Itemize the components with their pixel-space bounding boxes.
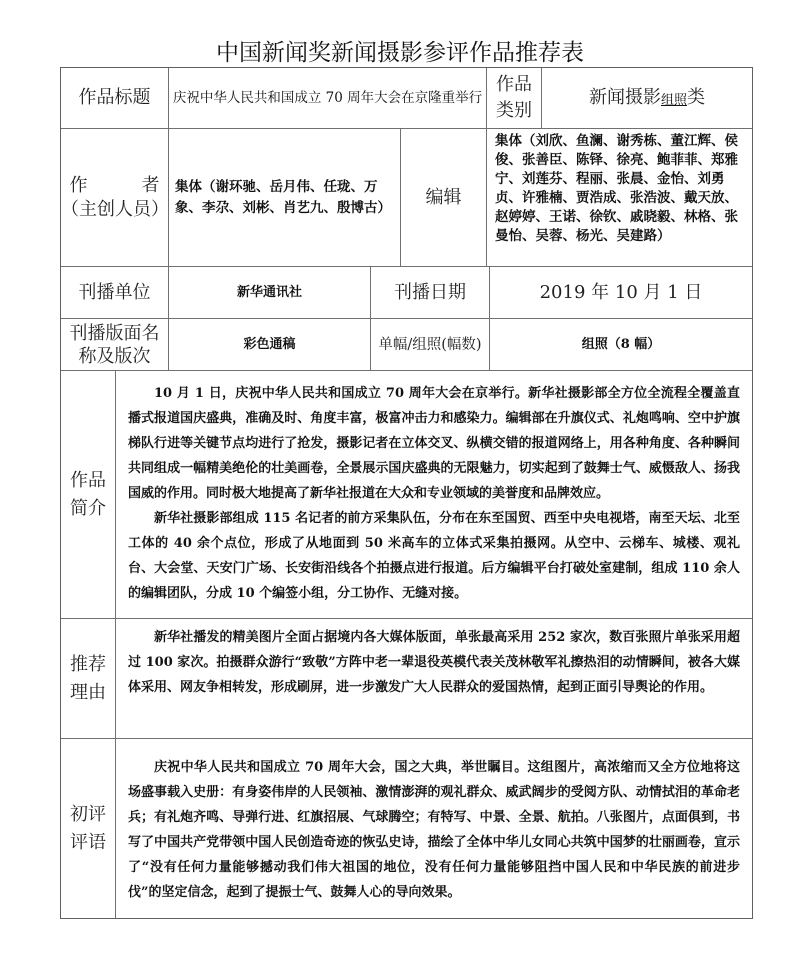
authors-value: 集体（谢环驰、岳月伟、任珑、万象、李尕、刘彬、肖艺九、殷博古） [175,177,392,219]
page-value-cell: 彩色通稿 [168,318,371,371]
intro-text-cell: 10 月 1 日，庆祝中华人民共和国成立 70 周年大会在京举行。新华社摄影部全… [115,370,753,619]
document-title: 中国新闻奖新闻摄影参评作品推荐表 [0,34,800,67]
date-value: 2019 年 10 月 1 日 [540,281,703,305]
review-label-cell: 初评评语 [60,738,116,919]
category-value: 组照 [661,89,687,108]
category-suffix: 类 [687,86,705,110]
editors-value-cell: 集体（刘欣、鱼澜、谢秀栋、董江辉、侯俊、张善臣、陈铎、徐亮、鲍菲菲、郑雅宁、刘莲… [486,128,753,267]
title-value-cell: 庆祝中华人民共和国成立 70 周年大会在京隆重举行 [168,67,487,129]
author-label-line1: 作 者 [70,174,160,198]
editor-label-cell: 编辑 [400,128,487,267]
title-label-cell: 作品标题 [60,67,169,129]
review-text-cell: 庆祝中华人民共和国成立 70 周年大会，国之大典，举世瞩目。这组图片，高浓缩而又… [115,738,753,919]
editor-label: 编辑 [426,186,462,210]
count-label-cell: 单幅/组照(幅数) [370,318,490,371]
intro-paragraph-2: 新华社摄影部组成 115 名记者的前方采集队伍，分布在东至国贸、西至中央电视塔，… [128,506,740,606]
editors-value: 集体（刘欣、鱼澜、谢秀栋、董江辉、侯俊、张善臣、陈铎、徐亮、鲍菲菲、郑雅宁、刘莲… [495,132,744,246]
author-label-line2: （主创人员） [61,198,168,222]
intro-label: 作品简介 [68,467,108,523]
category-label-cell: 作品类别 [486,67,542,129]
review-paragraph-1: 庆祝中华人民共和国成立 70 周年大会，国之大典，举世瞩目。这组图片，高浓缩而又… [128,755,740,905]
page-label-cell: 刊播版面名称及版次 [60,318,169,371]
page-value: 彩色通稿 [243,335,295,355]
publisher-label: 刊播单位 [79,281,151,305]
reason-label: 推荐理由 [68,651,108,707]
review-label: 初评评语 [68,801,108,857]
date-label: 刊播日期 [394,281,466,305]
category-value-cell: 新闻摄影 组照 类 [541,67,753,129]
date-value-cell: 2019 年 10 月 1 日 [489,266,753,319]
reason-text-cell: 新华社播发的精美图片全面占据境内各大媒体版面，单张最高采用 252 家次，数百张… [115,618,753,739]
reason-paragraph-1: 新华社播发的精美图片全面占据境内各大媒体版面，单张最高采用 252 家次，数百张… [128,625,740,700]
page-label: 刊播版面名称及版次 [67,322,163,368]
authors-value-cell: 集体（谢环驰、岳月伟、任珑、万象、李尕、刘彬、肖艺九、殷博古） [168,128,401,267]
title-label: 作品标题 [79,86,151,110]
date-label-cell: 刊播日期 [370,266,490,319]
category-label: 作品类别 [494,72,534,124]
title-value: 庆祝中华人民共和国成立 70 周年大会在京隆重举行 [173,88,482,108]
count-label: 单幅/组照(幅数) [378,333,481,357]
author-label-cell: 作 者 （主创人员） [60,128,169,267]
publisher-value: 新华通讯社 [237,283,302,303]
publisher-label-cell: 刊播单位 [60,266,169,319]
intro-label-cell: 作品简介 [60,370,116,619]
reason-label-cell: 推荐理由 [60,618,116,739]
count-value-cell: 组照（8 幅） [489,318,753,371]
intro-paragraph-1: 10 月 1 日，庆祝中华人民共和国成立 70 周年大会在京举行。新华社摄影部全… [128,381,740,506]
count-value: 组照（8 幅） [582,335,661,355]
category-prefix: 新闻摄影 [589,86,661,110]
publisher-value-cell: 新华通讯社 [168,266,371,319]
